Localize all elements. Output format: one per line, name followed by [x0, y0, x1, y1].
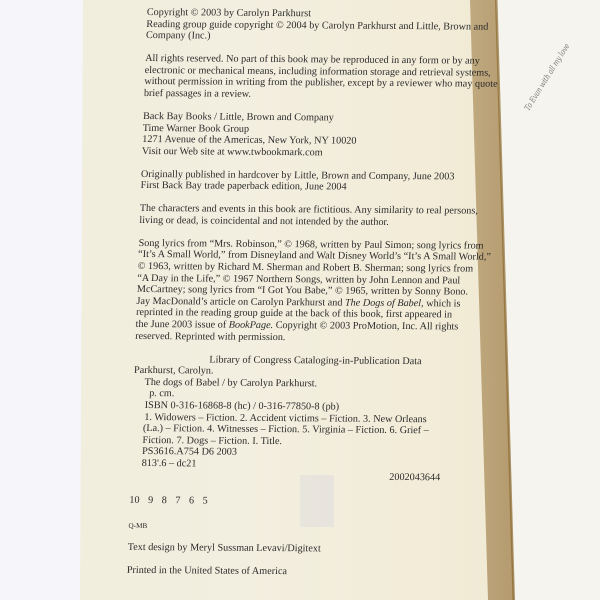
- cip-data: Library of Congress Cataloging-in-Public…: [130, 354, 505, 484]
- copyright-notice: Copyright © 2003 by Carolyn Parkhurst Re…: [146, 7, 517, 45]
- edition-line: First Back Bay trade paperback edition, …: [140, 180, 510, 194]
- article-credit-text: Jay MacDonald’s article on Carolyn Parkh…: [136, 296, 345, 309]
- rights-reserved: All rights reserved. No part of this boo…: [144, 53, 516, 102]
- article-credit-text: Copyright © 2003 ProMotion, Inc. All rig…: [273, 320, 459, 332]
- permissions: Song lyrics from “Mrs. Robinson,” © 1968…: [135, 238, 509, 345]
- article-credit-text: which is: [423, 298, 460, 309]
- article-credit-text: the June 2003 issue of: [135, 319, 228, 331]
- magazine-title-italic: BookPage.: [229, 320, 274, 331]
- book-photo: Copyright © 2003 by Carolyn Parkhurst Re…: [0, 0, 600, 600]
- copyright-text: Copyright © 2003 by Carolyn Parkhurst Re…: [127, 7, 517, 579]
- book-title-italic: The Dogs of Babel,: [345, 297, 424, 309]
- fiction-disclaimer: The characters and events in this book a…: [139, 203, 510, 229]
- publisher-info: Back Bay Books / Little, Brown and Compa…: [142, 111, 514, 160]
- publisher-website: Visit our Web site at www.twbookmark.com: [142, 146, 512, 160]
- edition-info: Originally published in hardcover by Lit…: [140, 169, 511, 195]
